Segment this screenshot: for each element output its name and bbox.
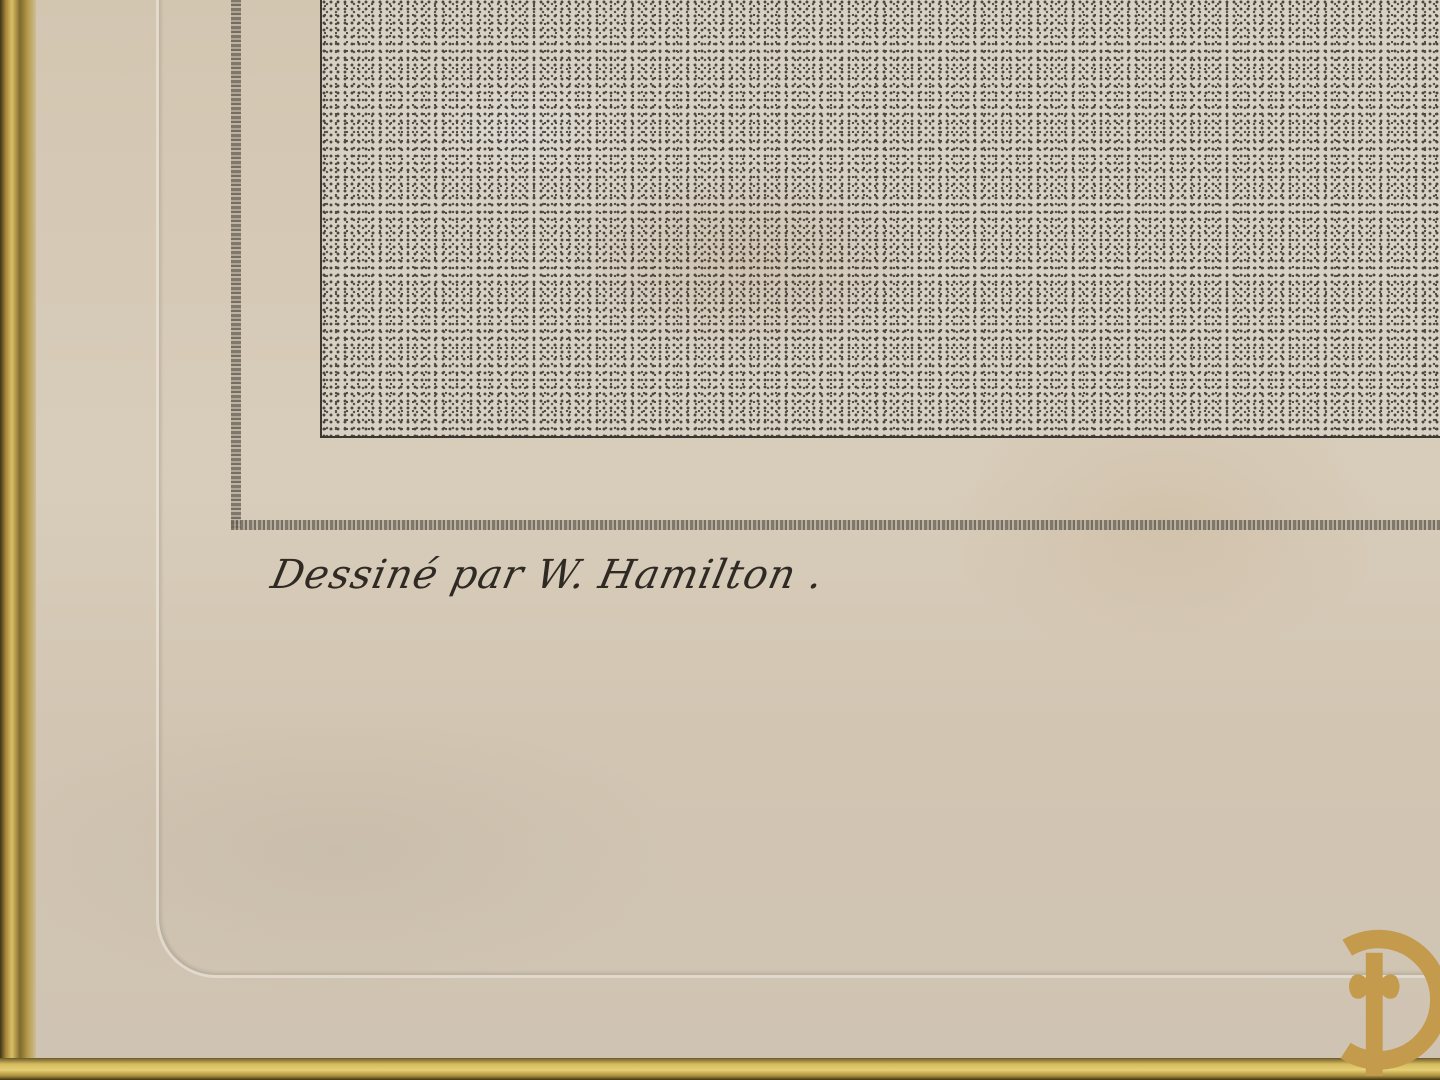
stipple-engraving-image <box>320 0 1440 438</box>
auction-gavel-d-logo-icon <box>1322 920 1440 1080</box>
gilt-frame-bottom <box>0 1058 1440 1080</box>
artist-caption: Dessiné par W. Hamilton . <box>267 552 828 598</box>
print-paper: Dessiné par W. Hamilton . <box>36 0 1440 1058</box>
